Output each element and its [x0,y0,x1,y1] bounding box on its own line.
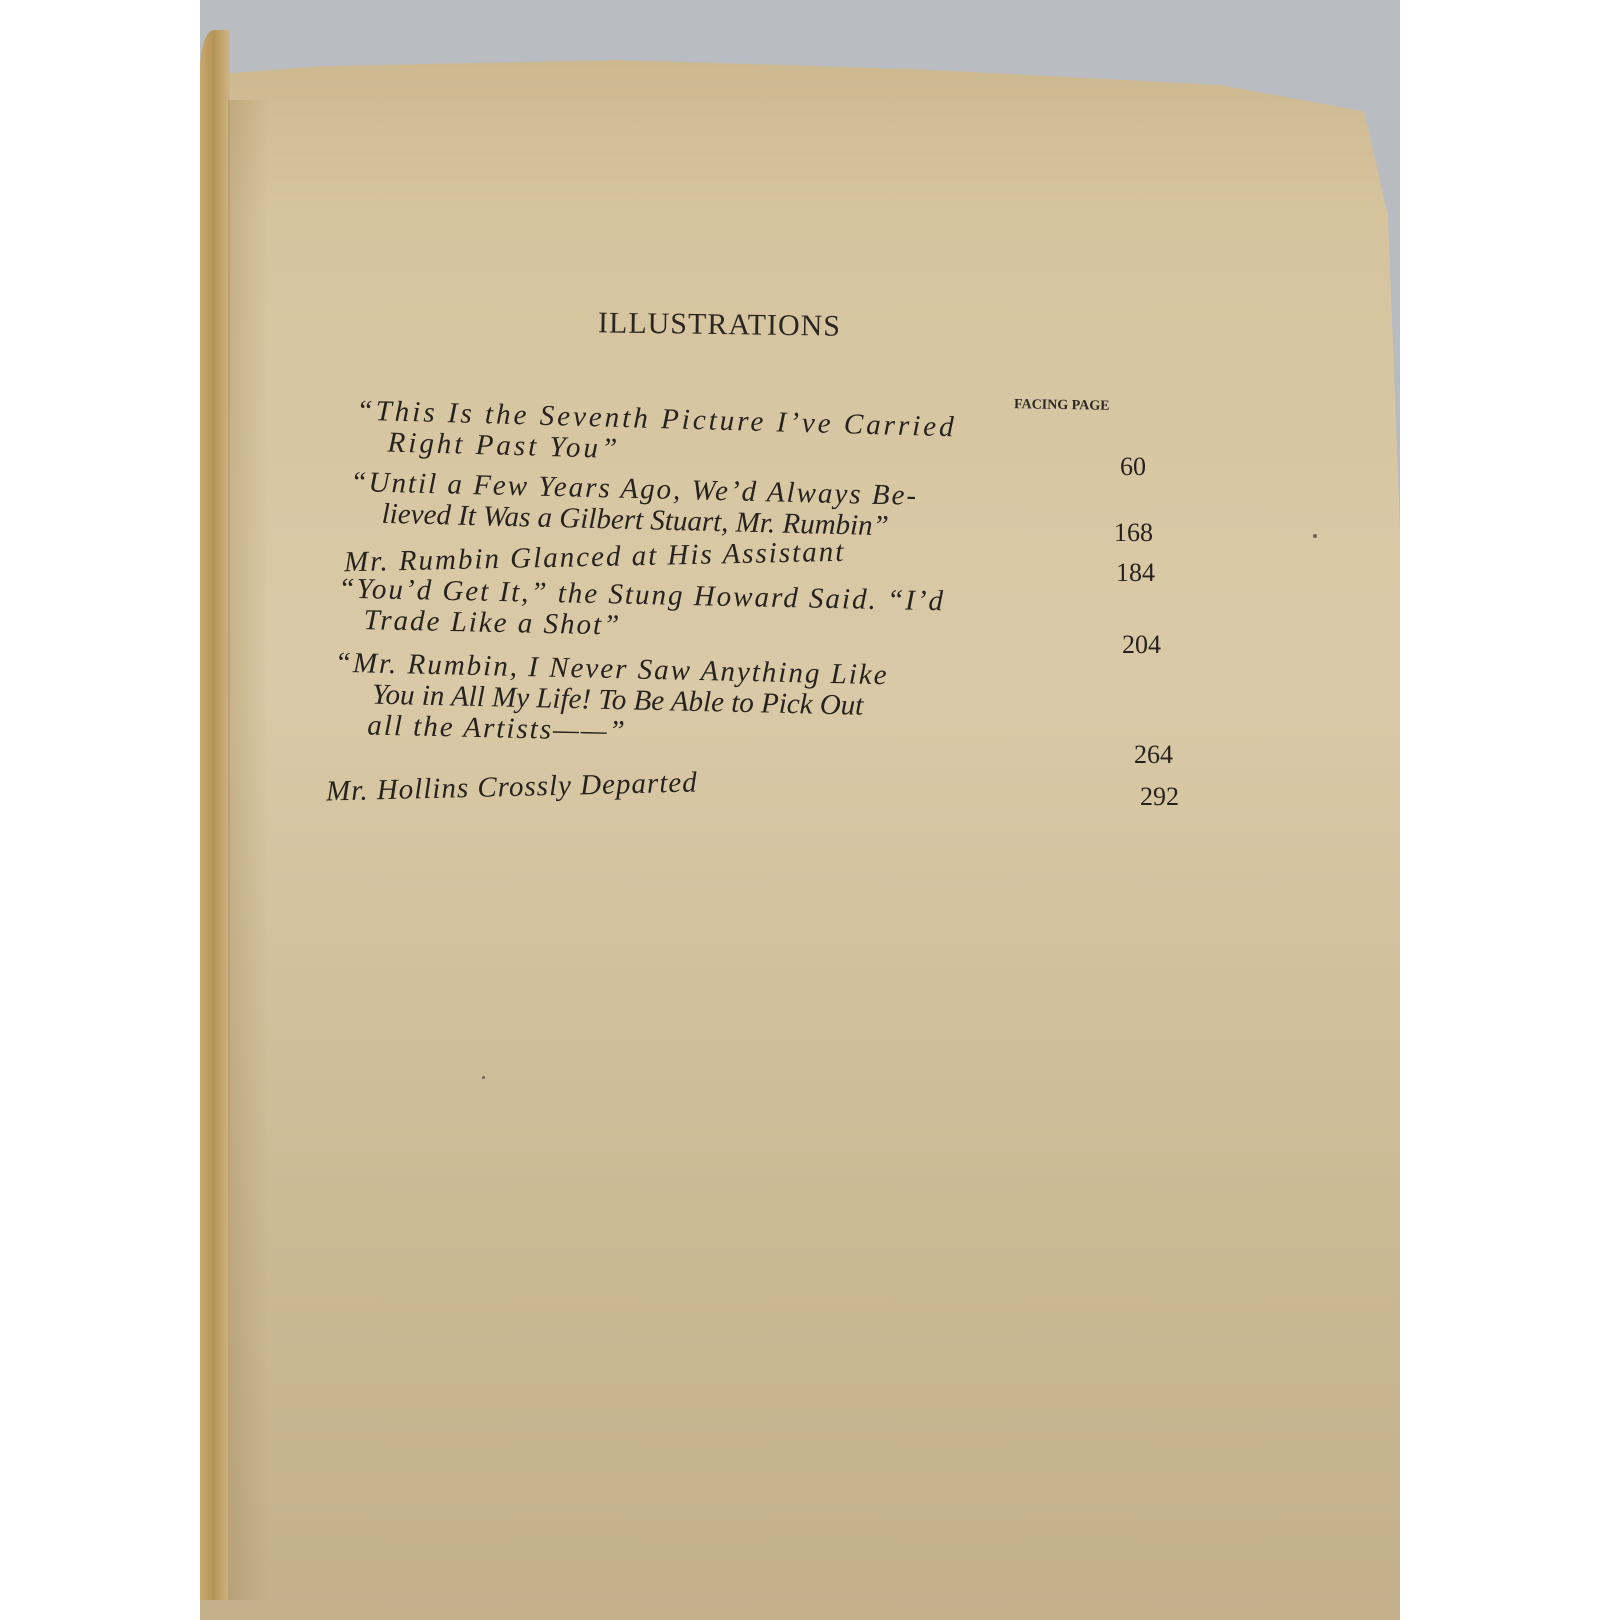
page-number: 204 [1122,630,1161,660]
gutter-shadow [228,100,268,1600]
paper-speck [482,1076,485,1079]
page-title: ILLUSTRATIONS [598,306,841,343]
page-number: 264 [1134,740,1173,770]
paper-speck [1313,534,1317,538]
facing-page-header: FACING PAGE [1014,397,1110,415]
page-number: 60 [1120,452,1146,482]
page-number: 292 [1140,782,1179,812]
book-page [200,60,1400,1600]
illustration-entry: “You’d Get It,” the Stung Howard Said. “… [337,574,945,649]
book-spine-edge [200,30,230,1600]
illustration-entry: “Mr. Rumbin, I Never Saw Anything Like Y… [333,648,889,754]
page-number: 168 [1114,518,1153,548]
photo-frame: ILLUSTRATIONS FACING PAGE “This Is the S… [0,0,1600,1600]
page-number: 184 [1116,558,1155,588]
